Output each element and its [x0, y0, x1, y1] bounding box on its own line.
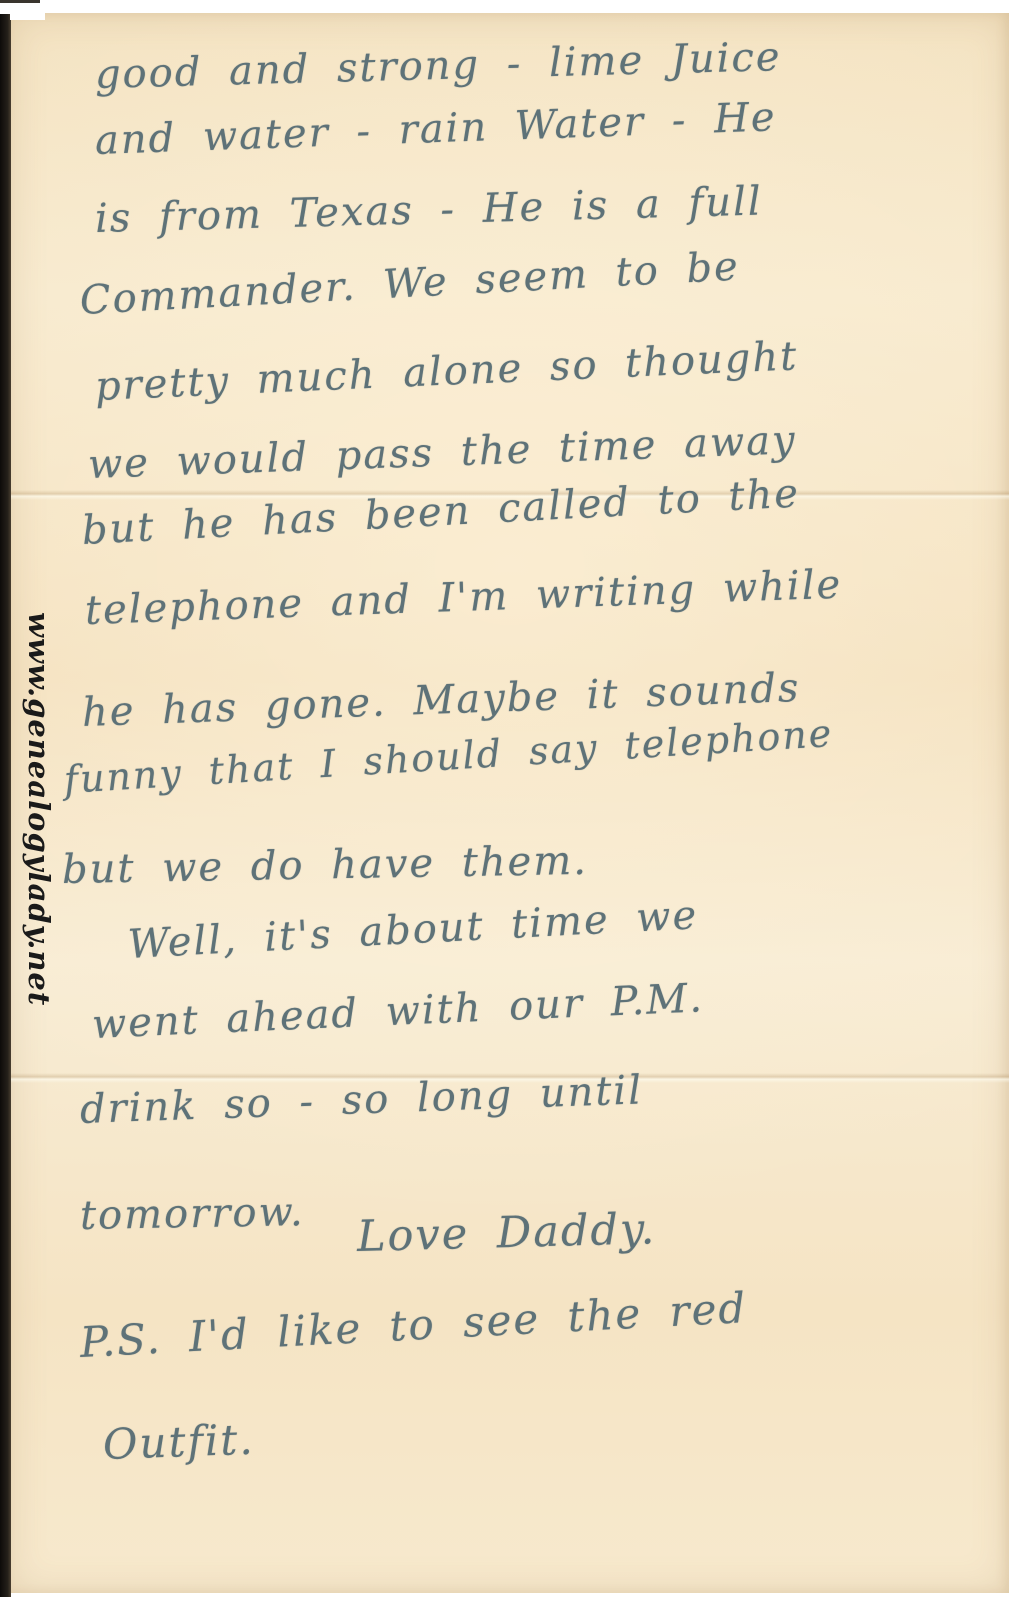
- letter-line: but we do have them.: [62, 838, 589, 893]
- scanned-letter-page: { "colors": { "paper": "#f6e7c9", "ink":…: [0, 0, 1009, 1609]
- watermark-url: www.genealogylady.net: [22, 612, 56, 1006]
- postscript-line: Outfit.: [102, 1415, 255, 1469]
- paper-corner-notch: [10, 13, 45, 20]
- scanner-edge-tick: [0, 0, 40, 3]
- scanner-edge-bar: [0, 14, 11, 1597]
- signature-line: Love Daddy.: [356, 1204, 656, 1262]
- letter-line: tomorrow.: [80, 1189, 305, 1239]
